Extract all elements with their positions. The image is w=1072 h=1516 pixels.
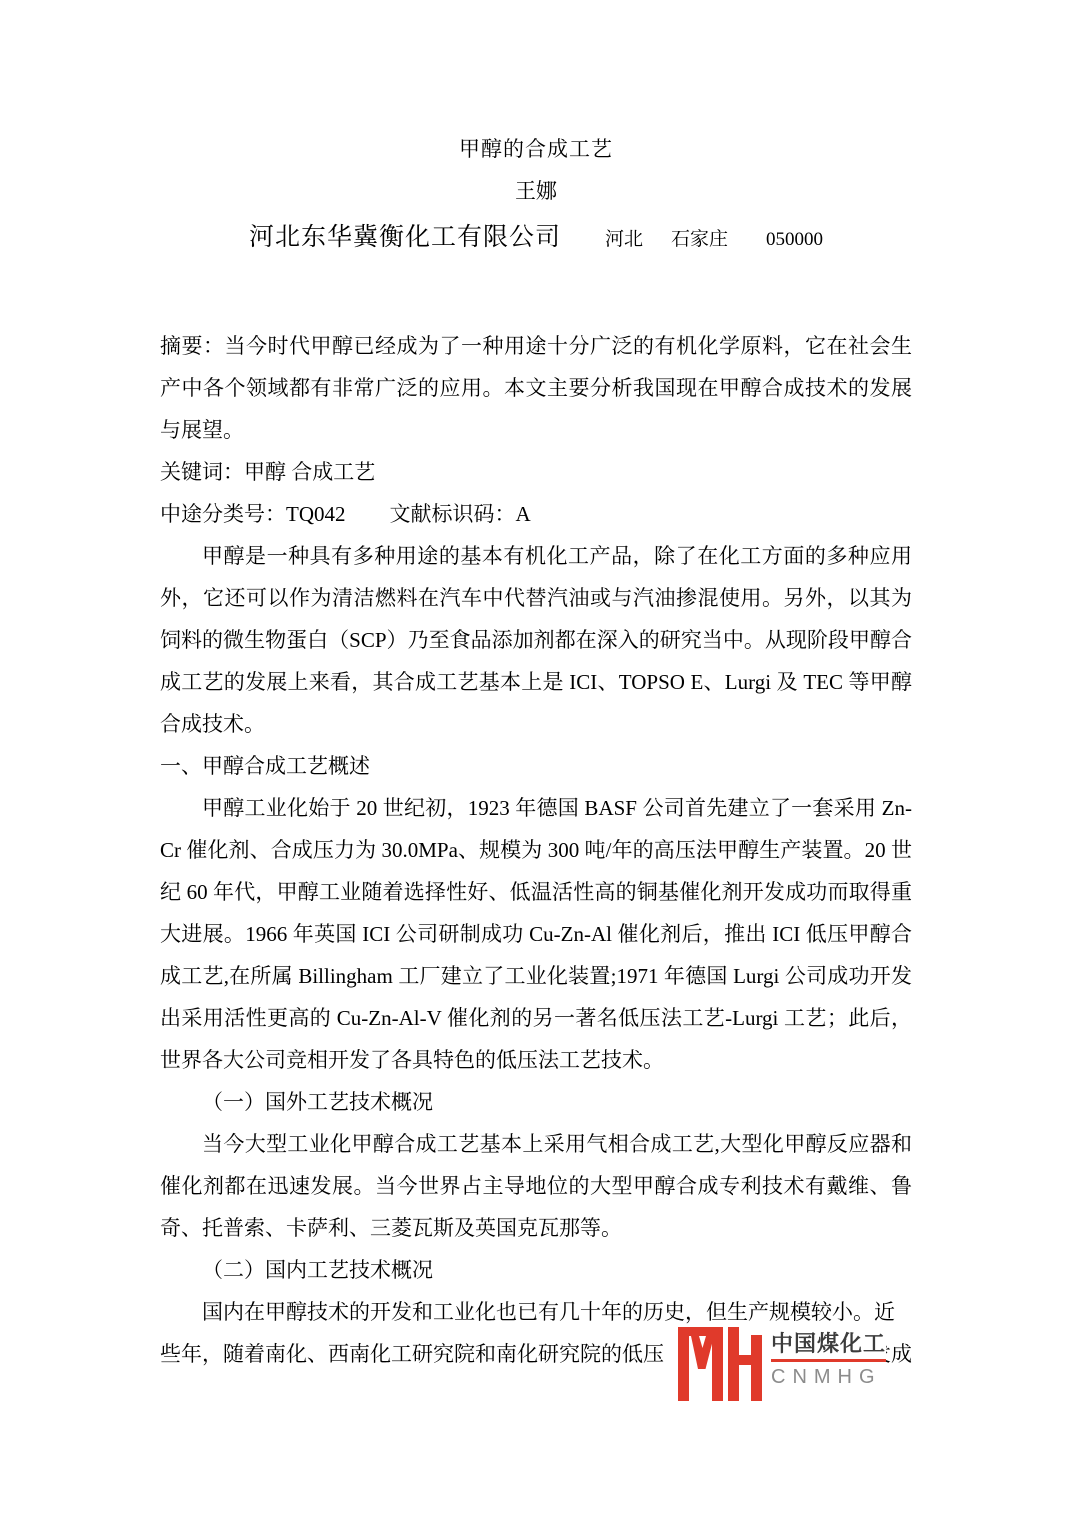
history-paragraph: 甲醇工业化始于 20 世纪初，1923 年德国 BASF 公司首先建立了一套采用… xyxy=(160,787,912,1081)
subsection-2-heading: （二）国内工艺技术概况 xyxy=(160,1249,912,1291)
keywords-line: 关键词：甲醇 合成工艺 xyxy=(160,451,912,493)
affiliation-company: 河北东华冀衡化工有限公司 xyxy=(249,224,561,251)
document-code: 文献标识码：A xyxy=(390,502,531,526)
watermark-anchor: 中国煤化工CNMHG xyxy=(664,1340,870,1361)
intro-paragraph: 甲醇是一种具有多种用途的基本有机化工产品，除了在化工方面的多种应用外，它还可以作… xyxy=(160,535,912,745)
cnmhg-watermark: 中国煤化工CNMHG xyxy=(678,1327,886,1401)
section-1-heading: 一、甲醇合成工艺概述 xyxy=(160,745,912,787)
classification-line: 中途分类号：TQ042文献标识码：A xyxy=(160,493,912,535)
document-page: 甲醇的合成工艺 王娜 河北东华冀衡化工有限公司河北石家庄050000 摘要：当今… xyxy=(0,0,1072,1375)
watermark-text-block: 中国煤化工CNMHG xyxy=(771,1331,886,1389)
watermark-brand-en: CNMHG xyxy=(771,1365,886,1389)
domestic-text-line-1: 国内在甲醇技术的开发和工业化也已有几十年的历史，但生产规模较小。近 xyxy=(202,1300,895,1324)
page-title: 甲醇的合成工艺 xyxy=(160,128,912,170)
affiliation-postcode: 050000 xyxy=(766,229,823,250)
classification-number: 中途分类号：TQ042 xyxy=(160,502,346,526)
abstract-paragraph: 摘要：当今时代甲醇已经成为了一种用途十分广泛的有机化学原料，它在社会生产中各个领… xyxy=(160,325,912,451)
cnmhg-logo-icon xyxy=(678,1327,762,1401)
affiliation-province: 河北 xyxy=(605,229,643,250)
domestic-tech-paragraph: 国内在甲醇技术的开发和工业化也已有几十年的历史，但生产规模较小。近些年，随着南化… xyxy=(160,1291,912,1375)
foreign-tech-paragraph: 当今大型工业化甲醇合成工艺基本上采用气相合成工艺,大型化甲醇反应器和催化剂都在迅… xyxy=(160,1123,912,1249)
domestic-text-line-2: 些年，随着南化、西南化工研究院和南化研究院的低压 xyxy=(160,1342,664,1366)
affiliation-line: 河北东华冀衡化工有限公司河北石家庄050000 xyxy=(160,218,912,261)
affiliation-city: 石家庄 xyxy=(671,229,728,250)
watermark-brand-cn: 中国煤化工 xyxy=(771,1331,886,1362)
subsection-1-heading: （一）国外工艺技术概况 xyxy=(160,1081,912,1123)
author-name: 王娜 xyxy=(160,170,912,212)
